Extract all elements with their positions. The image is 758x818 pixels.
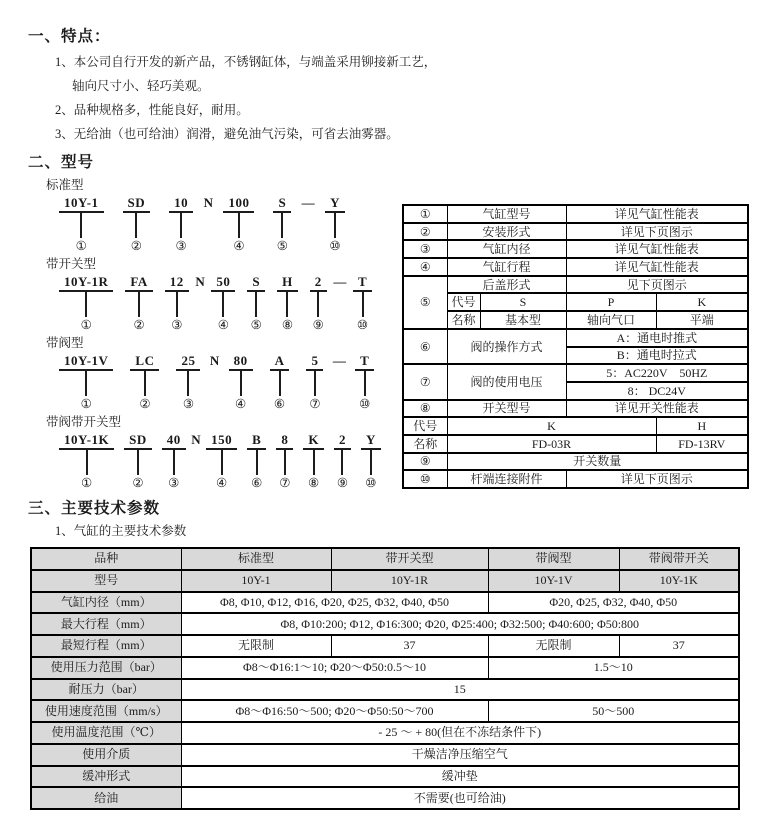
- segment-number: ④: [233, 239, 244, 254]
- segment-code: 50: [211, 274, 235, 292]
- table-cell: 详见气缸性能表: [566, 240, 748, 258]
- segment-leader-line: [138, 292, 140, 317]
- table-cell: 气缸内径（mm）: [31, 592, 181, 614]
- segment-leader-line: [286, 292, 288, 317]
- segment-number: ⑦: [309, 397, 320, 412]
- diagram-segment: SD②: [124, 432, 152, 491]
- table-cell: ⑤: [403, 276, 447, 329]
- segment-leader-line: [370, 450, 372, 475]
- segment-leader-line: [144, 371, 146, 396]
- segment-number: ⑤: [251, 318, 262, 333]
- table-row: 型号10Y-110Y-1R10Y-1V10Y-1K: [31, 570, 739, 592]
- table-cell: 平端: [656, 311, 748, 329]
- table-cell: 详见气缸性能表: [566, 258, 748, 276]
- table-cell: ⑧: [403, 400, 447, 418]
- table-cell: ①: [403, 205, 447, 223]
- segment-leader-line: [238, 213, 240, 238]
- table-cell: 10Y-1K: [619, 570, 739, 592]
- table-cell: ④: [403, 258, 447, 276]
- diagram-type-label: 带开关型: [46, 257, 405, 272]
- table-row: ④气缸行程详见气缸性能表: [403, 258, 748, 276]
- segment-leader-line: [137, 450, 139, 475]
- segment-leader-line: [173, 450, 175, 475]
- table-cell: Φ20, Φ25, Φ32, Φ40, Φ50: [488, 592, 739, 614]
- segment-leader-line: [85, 292, 87, 317]
- table-cell: 气缸内径: [447, 240, 566, 258]
- segment-leader-line: [180, 213, 182, 238]
- table-cell: 10Y-1V: [488, 570, 619, 592]
- table-cell: 杆端连接附件: [447, 470, 566, 488]
- table-row: 最短行程（mm）无限制37无限制37: [31, 635, 739, 657]
- segment-code: K: [303, 432, 324, 450]
- segment-number: ⑩: [365, 476, 376, 491]
- table-cell: 使用介质: [31, 744, 181, 766]
- table-cell: 代号: [403, 417, 447, 435]
- segment-number: ③: [183, 397, 194, 412]
- model-code-table: ①气缸型号详见气缸性能表②安装形式详见下页图示③气缸内径详见气缸性能表④气缸行程…: [402, 204, 749, 489]
- segment-number: ⑧: [282, 318, 293, 333]
- feature-item: 轴向尺寸小、轻巧美观。: [55, 74, 436, 98]
- segment-leader-line: [255, 292, 257, 317]
- model-diagram: 带开关型10Y-1R①FA②12③N50④S⑤H⑧2⑨—T⑩: [59, 257, 405, 333]
- diagram-segment: H⑧: [277, 274, 298, 333]
- features-list: 1、本公司自行开发的新产品，不锈钢缸体，与端盖采用铆接新工艺，轴向尺寸小、轻巧美…: [55, 50, 436, 146]
- table-cell: S: [480, 293, 566, 311]
- segment-leader-line: [281, 213, 283, 238]
- diagram-row: 10Y-1V①LC②25③N80④A⑥5⑦—T⑩: [59, 353, 405, 412]
- table-row: ⑦阀的使用电压5：AC220V 50HZ: [403, 364, 748, 382]
- table-row: 给油不需要(也可给油): [31, 787, 739, 809]
- table-row: 使用压力范围（bar）Φ8～Φ16:1～10; Φ20～Φ50:0.5～101.…: [31, 657, 739, 679]
- diagram-segment: 50④: [211, 274, 235, 333]
- diagram-segment: SD②: [123, 195, 151, 254]
- segment-code: SD: [123, 195, 151, 213]
- table-cell: 使用温度范围（℃）: [31, 722, 181, 744]
- segment-leader-line: [341, 450, 343, 475]
- diagram-separator: N: [195, 274, 204, 289]
- segment-leader-line: [284, 450, 286, 475]
- table-cell: 品种: [31, 548, 181, 570]
- table-cell: 代号: [447, 293, 480, 311]
- table-cell: 带开关型: [331, 548, 488, 570]
- segment-leader-line: [222, 292, 224, 317]
- diagram-segment: 80④: [229, 353, 253, 412]
- table-cell: 5：AC220V 50HZ: [566, 364, 748, 382]
- segment-number: ⑩: [329, 239, 340, 254]
- segment-code: 10Y-1R: [59, 274, 113, 292]
- segment-number: ④: [235, 397, 246, 412]
- segment-leader-line: [176, 292, 178, 317]
- segment-number: ①: [76, 239, 87, 254]
- table-row: ⑨开关数量: [403, 453, 748, 471]
- segment-code: S: [273, 195, 291, 213]
- section3-title: 三、主要技术参数: [28, 496, 160, 518]
- segment-leader-line: [187, 371, 189, 396]
- table-cell: 后盖形式: [447, 276, 566, 294]
- segment-number: ④: [216, 476, 227, 491]
- diagram-segment: T⑩: [353, 274, 372, 333]
- segment-leader-line: [364, 371, 366, 396]
- segment-number: ⑧: [308, 476, 319, 491]
- table-cell: 50～500: [488, 700, 739, 722]
- segment-leader-line: [256, 450, 258, 475]
- table-cell: 开关数量: [447, 453, 748, 471]
- table-cell: 见下页图示: [566, 276, 748, 294]
- diagram-type-label: 带阀带开关型: [46, 415, 405, 430]
- table-cell: B：通电时拉式: [566, 347, 748, 365]
- segment-code: 25: [176, 353, 200, 371]
- table-row: 使用温度范围（℃）- 25 ～ + 80(但在不冻结条件下): [31, 722, 739, 744]
- diagram-segment: 25③: [176, 353, 200, 412]
- diagram-segment: T⑩: [355, 353, 374, 412]
- table-cell: 无限制: [488, 635, 619, 657]
- segment-number: ②: [131, 239, 142, 254]
- table-cell: Φ8～Φ16:1～10; Φ20～Φ50:0.5～10: [181, 657, 488, 679]
- table-cell: 标准型: [181, 548, 331, 570]
- segment-code: 10: [169, 195, 193, 213]
- table-cell: 缓冲形式: [31, 766, 181, 788]
- table-cell: 气缸型号: [447, 205, 566, 223]
- feature-item: 3、无给油（也可给油）润滑，避免油气污染，可省去油雾器。: [55, 122, 436, 146]
- diagram-segment: FA②: [125, 274, 152, 333]
- table-row: 代号KH: [403, 417, 748, 435]
- table-cell: H: [656, 417, 748, 435]
- segment-leader-line: [221, 450, 223, 475]
- table-cell: 使用压力范围（bar）: [31, 657, 181, 679]
- table-cell: 阀的使用电压: [447, 364, 566, 399]
- table-cell: 带阀带开关: [619, 548, 739, 570]
- table-cell: 不需要(也可给油): [181, 787, 739, 809]
- segment-code: FA: [125, 274, 152, 292]
- segment-number: ①: [81, 318, 92, 333]
- segment-number: ⑦: [279, 476, 290, 491]
- diagram-segment: 12③: [165, 274, 189, 333]
- table-row: 名称基本型轴向气口平端: [403, 311, 748, 329]
- section1-title: 一、特点：: [28, 24, 111, 46]
- segment-code: T: [353, 274, 372, 292]
- feature-item: 1、本公司自行开发的新产品，不锈钢缸体，与端盖采用铆接新工艺，: [55, 50, 436, 74]
- segment-code: A: [270, 353, 290, 371]
- diagram-segment: S⑤: [247, 274, 265, 333]
- segment-code: SD: [124, 432, 152, 450]
- segment-number: ①: [81, 397, 92, 412]
- segment-number: ④: [218, 318, 229, 333]
- table-row: 使用介质干燥洁净压缩空气: [31, 744, 739, 766]
- section2-title: 二、型号: [28, 150, 94, 172]
- segment-leader-line: [86, 450, 88, 475]
- segment-number: ⑤: [277, 239, 288, 254]
- diagram-segment: 5⑦: [306, 353, 323, 412]
- table-cell: 阀的操作方式: [447, 329, 566, 364]
- segment-number: ③: [171, 318, 182, 333]
- table-cell: 耐压力（bar）: [31, 679, 181, 701]
- table-cell: 型号: [31, 570, 181, 592]
- segment-leader-line: [85, 371, 87, 396]
- segment-leader-line: [313, 450, 315, 475]
- table-row: ⑤后盖形式见下页图示: [403, 276, 748, 294]
- table-row: 最大行程（mm）Φ8, Φ10:200; Φ12, Φ16:300; Φ20, …: [31, 613, 739, 635]
- table-row: 气缸内径（mm）Φ8, Φ10, Φ12, Φ16, Φ20, Φ25, Φ32…: [31, 592, 739, 614]
- diagram-separator: N: [204, 195, 213, 210]
- segment-code: 2: [334, 432, 351, 450]
- diagram-separator: N: [191, 432, 200, 447]
- table-cell: P: [566, 293, 656, 311]
- table-cell: ⑨: [403, 453, 447, 471]
- table-cell: 使用速度范围（mm/s）: [31, 700, 181, 722]
- diagram-segment: 10③: [169, 195, 193, 254]
- diagram-segment: 2⑨: [334, 432, 351, 491]
- table-cell: 1.5～10: [488, 657, 739, 679]
- model-code-table-wrap: ①气缸型号详见气缸性能表②安装形式详见下页图示③气缸内径详见气缸性能表④气缸行程…: [402, 204, 749, 489]
- table-cell: 详见开关性能表: [566, 400, 748, 418]
- diagram-row: 10Y-1①SD②10③N100④S⑤—Y⑩: [59, 195, 405, 254]
- table-cell: 8： DC24V: [566, 382, 748, 400]
- segment-code: Y: [361, 432, 381, 450]
- diagram-row: 10Y-1K①SD②40③N150④B⑥8⑦K⑧2⑨Y⑩: [59, 432, 405, 491]
- table-cell: 15: [181, 679, 739, 701]
- segment-code: Y: [325, 195, 345, 213]
- diagram-separator: —: [302, 195, 315, 210]
- segment-number: ③: [176, 239, 187, 254]
- segment-code: 10Y-1V: [59, 353, 113, 371]
- diagram-type-label: 带阀型: [46, 336, 405, 351]
- segment-code: 10Y-1K: [59, 432, 114, 450]
- segment-number: ②: [134, 318, 145, 333]
- section3-subtitle: 1、气缸的主要技术参数: [55, 521, 186, 539]
- table-cell: 无限制: [181, 635, 331, 657]
- table-cell: 10Y-1: [181, 570, 331, 592]
- segment-leader-line: [80, 213, 82, 238]
- table-row: 缓冲形式缓冲垫: [31, 766, 739, 788]
- feature-item: 2、品种规格多，性能良好，耐用。: [55, 98, 436, 122]
- diagram-separator: —: [333, 353, 346, 368]
- segment-leader-line: [334, 213, 336, 238]
- table-cell: 详见下页图示: [566, 470, 748, 488]
- segment-code: 40: [162, 432, 186, 450]
- diagram-segment: Y⑩: [325, 195, 345, 254]
- diagram-segment: S⑤: [273, 195, 291, 254]
- table-cell: ⑩: [403, 470, 447, 488]
- table-cell: 缓冲垫: [181, 766, 739, 788]
- table-cell: 干燥洁净压缩空气: [181, 744, 739, 766]
- table-cell: 带阀型: [488, 548, 619, 570]
- diagram-type-label: 标准型: [46, 178, 405, 193]
- segment-leader-line: [240, 371, 242, 396]
- table-cell: 37: [331, 635, 488, 657]
- diagram-segment: 10Y-1K①: [59, 432, 114, 491]
- table-cell: A：通电时推式: [566, 329, 748, 347]
- table-row: ⑧开关型号详见开关性能表: [403, 400, 748, 418]
- table-cell: 开关型号: [447, 400, 566, 418]
- diagram-segment: 40③: [162, 432, 186, 491]
- segment-leader-line: [314, 371, 316, 396]
- segment-number: ②: [139, 397, 150, 412]
- segment-code: 100: [223, 195, 254, 213]
- table-cell: 最大行程（mm）: [31, 613, 181, 635]
- table-row: 代号SPK: [403, 293, 748, 311]
- model-diagram: 带阀型10Y-1V①LC②25③N80④A⑥5⑦—T⑩: [59, 336, 405, 412]
- segment-code: 10Y-1: [59, 195, 104, 213]
- tech-table-wrap: 品种标准型带开关型带阀型带阀带开关型号10Y-110Y-1R10Y-1V10Y-…: [30, 547, 740, 810]
- diagram-segment: Y⑩: [361, 432, 381, 491]
- table-row: ⑩杆端连接附件详见下页图示: [403, 470, 748, 488]
- table-row: ①气缸型号详见气缸性能表: [403, 205, 748, 223]
- model-diagram: 标准型10Y-1①SD②10③N100④S⑤—Y⑩: [59, 178, 405, 254]
- diagram-separator: N: [210, 353, 219, 368]
- diagram-segment: 10Y-1R①: [59, 274, 113, 333]
- segment-number: ⑥: [274, 397, 285, 412]
- segment-code: B: [247, 432, 266, 450]
- table-row: 使用速度范围（mm/s）Φ8～Φ16:50～500; Φ20～Φ50:50～70…: [31, 700, 739, 722]
- table-cell: 37: [619, 635, 739, 657]
- diagram-segment: 10Y-1①: [59, 195, 104, 254]
- table-cell: 详见气缸性能表: [566, 205, 748, 223]
- table-cell: 名称: [447, 311, 480, 329]
- diagram-segment: A⑥: [270, 353, 290, 412]
- table-row: 耐压力（bar）15: [31, 679, 739, 701]
- segment-code: H: [277, 274, 298, 292]
- table-cell: K: [656, 293, 748, 311]
- table-cell: FD-03R: [447, 435, 656, 453]
- segment-code: 5: [306, 353, 323, 371]
- table-cell: 最短行程（mm）: [31, 635, 181, 657]
- segment-code: 8: [276, 432, 293, 450]
- table-cell: ②: [403, 223, 447, 241]
- table-cell: 基本型: [480, 311, 566, 329]
- table-cell: Φ8, Φ10, Φ12, Φ16, Φ20, Φ25, Φ32, Φ40, Φ…: [181, 592, 488, 614]
- table-cell: 详见下页图示: [566, 223, 748, 241]
- segment-number: ①: [81, 476, 92, 491]
- diagram-segment: 8⑦: [276, 432, 293, 491]
- segment-leader-line: [362, 292, 364, 317]
- segment-number: ⑩: [359, 397, 370, 412]
- table-row: 名称FD-03RFD-13RV: [403, 435, 748, 453]
- table-row: 品种标准型带开关型带阀型带阀带开关: [31, 548, 739, 570]
- table-cell: - 25 ～ + 80(但在不冻结条件下): [181, 722, 739, 744]
- table-cell: ⑥: [403, 329, 447, 364]
- table-row: ②安装形式详见下页图示: [403, 223, 748, 241]
- segment-code: S: [247, 274, 265, 292]
- segment-code: 12: [165, 274, 189, 292]
- segment-number: ⑩: [357, 318, 368, 333]
- table-cell: Φ8～Φ16:50～500; Φ20～Φ50:50～700: [181, 700, 488, 722]
- table-cell: 气缸行程: [447, 258, 566, 276]
- table-cell: 安装形式: [447, 223, 566, 241]
- diagram-segment: K⑧: [303, 432, 324, 491]
- segment-code: 80: [229, 353, 253, 371]
- segment-number: ⑥: [251, 476, 262, 491]
- catalog-page: 一、特点： 1、本公司自行开发的新产品，不锈钢缸体，与端盖采用铆接新工艺，轴向尺…: [0, 0, 758, 818]
- segment-leader-line: [135, 213, 137, 238]
- model-diagram: 带阀带开关型10Y-1K①SD②40③N150④B⑥8⑦K⑧2⑨Y⑩: [59, 415, 405, 491]
- table-cell: ⑦: [403, 364, 447, 399]
- segment-leader-line: [279, 371, 281, 396]
- diagram-segment: 100④: [223, 195, 254, 254]
- segment-code: T: [355, 353, 374, 371]
- segment-code: 150: [206, 432, 237, 450]
- segment-code: 2: [310, 274, 327, 292]
- table-cell: 名称: [403, 435, 447, 453]
- segment-number: ⑨: [313, 318, 324, 333]
- segment-number: ②: [132, 476, 143, 491]
- table-cell: 轴向气口: [566, 311, 656, 329]
- diagram-row: 10Y-1R①FA②12③N50④S⑤H⑧2⑨—T⑩: [59, 274, 405, 333]
- tech-table: 品种标准型带开关型带阀型带阀带开关型号10Y-110Y-1R10Y-1V10Y-…: [30, 547, 740, 810]
- diagram-segment: 2⑨: [310, 274, 327, 333]
- table-row: ⑥阀的操作方式A：通电时推式: [403, 329, 748, 347]
- diagram-separator: —: [333, 274, 346, 289]
- segment-leader-line: [317, 292, 319, 317]
- table-cell: ③: [403, 240, 447, 258]
- table-cell: FD-13RV: [656, 435, 748, 453]
- diagram-segment: 150④: [206, 432, 237, 491]
- table-cell: 给油: [31, 787, 181, 809]
- segment-number: ⑨: [337, 476, 348, 491]
- table-cell: Φ8, Φ10:200; Φ12, Φ16:300; Φ20, Φ25:400;…: [181, 613, 739, 635]
- diagram-segment: 10Y-1V①: [59, 353, 113, 412]
- diagram-segment: B⑥: [247, 432, 266, 491]
- model-diagrams: 标准型10Y-1①SD②10③N100④S⑤—Y⑩带开关型10Y-1R①FA②1…: [59, 178, 405, 494]
- table-cell: K: [447, 417, 656, 435]
- segment-number: ③: [168, 476, 179, 491]
- segment-code: LC: [130, 353, 159, 371]
- table-cell: 10Y-1R: [331, 570, 488, 592]
- diagram-segment: LC②: [130, 353, 159, 412]
- table-row: ③气缸内径详见气缸性能表: [403, 240, 748, 258]
